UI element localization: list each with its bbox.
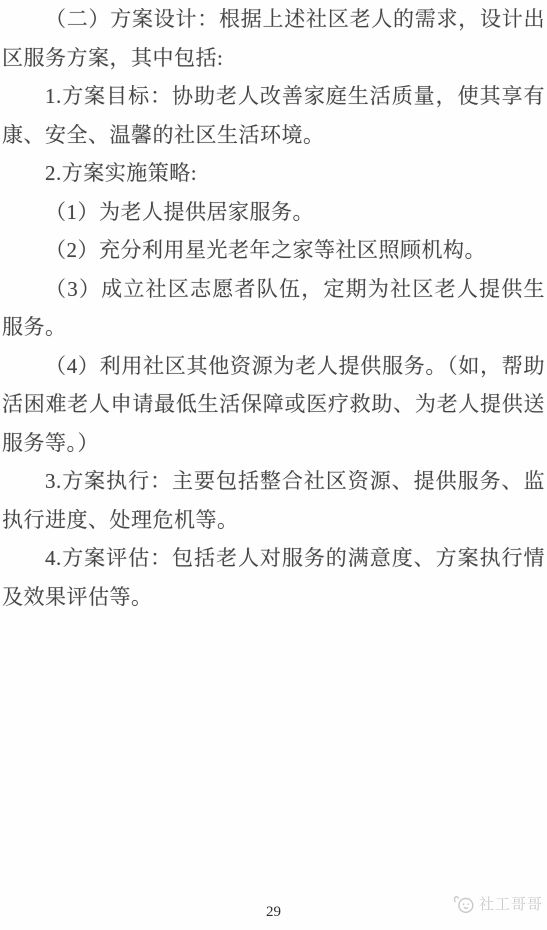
text-line: （二）方案设计：根据上述社区老人的需求，设计出社 [2,0,545,39]
watermark: 社工哥哥 [452,893,543,914]
text-line: 1.方案目标：协助老人改善家庭生活质量，使其享有健 [2,77,545,116]
text-line: （3）成立社区志愿者队伍，定期为社区老人提供生活 [2,270,545,309]
text-line: 4.方案评估：包括老人对服务的满意度、方案执行情况 [2,539,545,578]
text-line: （2）充分利用星光老年之家等社区照顾机构。 [2,231,545,270]
text-line: 3.方案执行：主要包括整合社区资源、提供服务、监督 [2,462,545,501]
text-line: 服务。 [2,308,545,347]
text-line: 康、安全、温馨的社区生活环境。 [2,116,545,155]
document-page: （二）方案设计：根据上述社区老人的需求，设计出社 区服务方案，其中包括: 1.方… [0,0,547,930]
text-line: 区服务方案，其中包括: [2,39,545,78]
text-line: 服务等。） [2,424,545,463]
text-line: 活困难老人申请最低生活保障或医疗救助、为老人提供送餐 [2,385,545,424]
text-line: 2.方案实施策略: [2,154,545,193]
text-line: 执行进度、处理危机等。 [2,501,545,540]
text-line: （4）利用社区其他资源为老人提供服务。（如，帮助生 [2,347,545,386]
watermark-text: 社工哥哥 [479,893,543,914]
text-line: （1）为老人提供居家服务。 [2,193,545,232]
mascot-icon [452,893,476,914]
document-body: （二）方案设计：根据上述社区老人的需求，设计出社 区服务方案，其中包括: 1.方… [2,0,545,616]
text-line: 及效果评估等。 [2,578,545,617]
